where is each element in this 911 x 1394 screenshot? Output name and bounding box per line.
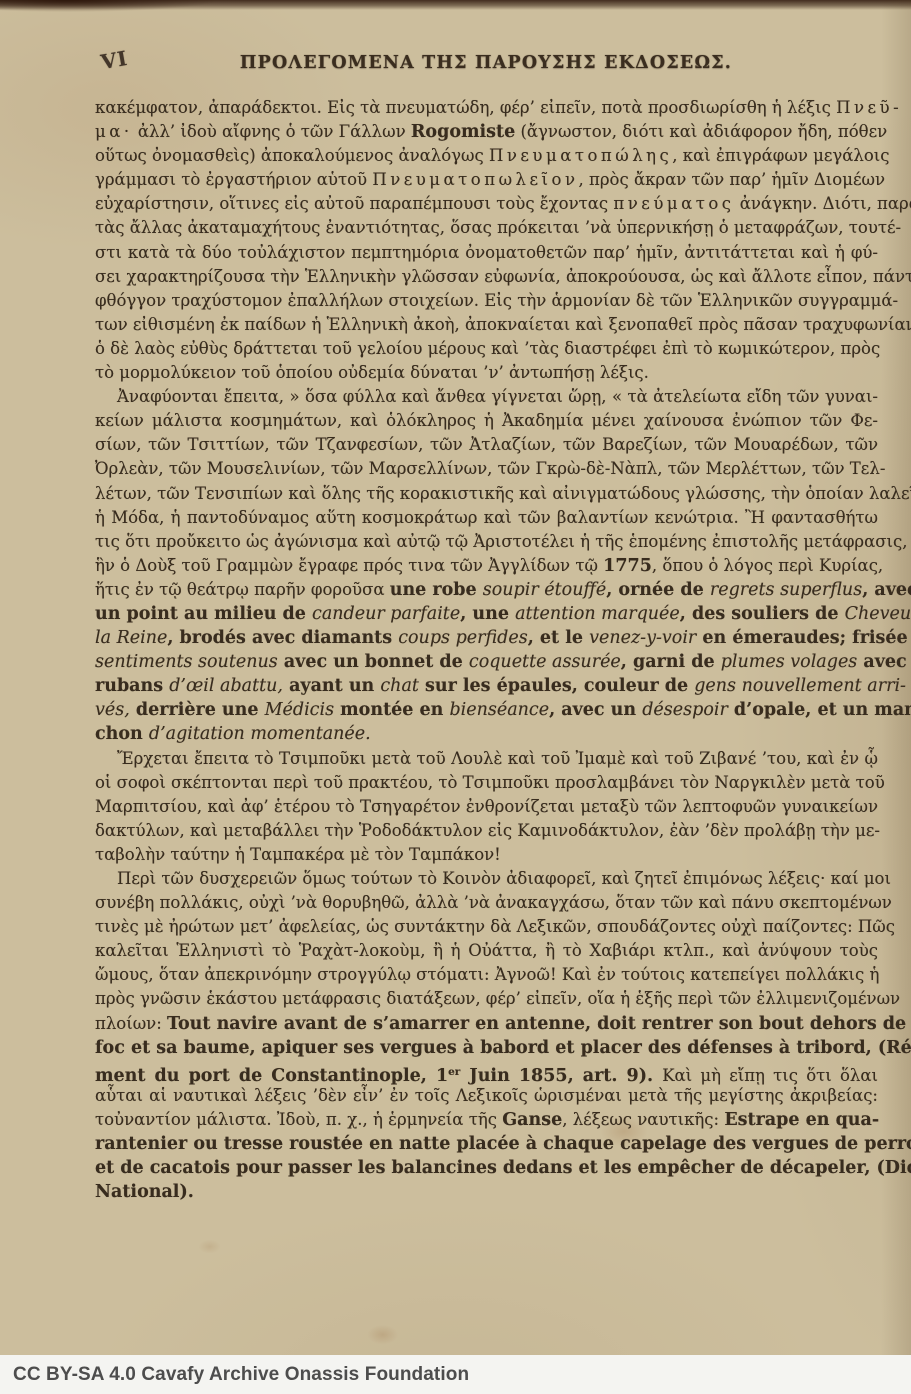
- text-line: τις ὅτι προὔκειτο ὡς ἀγώνισμα καὶ αὐτῷ τ…: [95, 530, 878, 554]
- running-title: ΠΡΟΛΕΓΟΜΕΝΑ ΤΗΣ ΠΑΡΟΥΣΗΣ ΕΚΔΟΣΕΩΣ.: [95, 53, 877, 73]
- text-line: ἡ Μόδα, ἡ παντοδύναμος αὕτη κοσμοκράτωρ …: [95, 506, 878, 530]
- text-line: οἱ σοφοὶ σκέπτονται περὶ τοῦ πρακτέου, τ…: [95, 771, 878, 795]
- text-line: εὐχαρίστησιν, οἵτινες εἰς αὐτοῦ παραπέμπ…: [95, 192, 878, 216]
- text-line: οὕτως ὀνομασθεὶς) ἀποκαλούμενος ἀναλόγως…: [95, 144, 878, 168]
- page-scan: VI ΠΡΟΛΕΓΟΜΕΝΑ ΤΗΣ ΠΑΡΟΥΣΗΣ ΕΚΔΟΣΕΩΣ. κα…: [0, 0, 911, 1355]
- text-line: πρὸς γνῶσιν ἑκάστου μετάφρασις διατάξεων…: [95, 987, 878, 1011]
- text-line: ταβολὴν ταύτην ἡ Ταμπακέρα μὲ τὸν Ταμπάκ…: [95, 843, 878, 867]
- text-line: Ἔρχεται ἔπειτα τὸ Τσιμποῦκι μετὰ τοῦ Λου…: [95, 747, 878, 771]
- text-line: φθόγγον τραχύστομον ἐπαλλήλων στοιχείων.…: [95, 289, 878, 313]
- scanned-book-page-view: VI ΠΡΟΛΕΓΟΜΕΝΑ ΤΗΣ ΠΑΡΟΥΣΗΣ ΕΚΔΟΣΕΩΣ. κα…: [0, 0, 911, 1394]
- license-text: CC BY-SA 4.0 Cavafy Archive Onassis Foun…: [0, 1364, 469, 1386]
- text-line: σίων, τῶν Τσιττίων, τῶν Τζανφεσίων, τῶν …: [95, 433, 878, 457]
- text-line: τινὲς μὲ ἠρώτων μετ’ ἀφελείας, ὡς συντάκ…: [95, 915, 878, 939]
- text-line: Ὀρλεὰν, τῶν Μουσελινίων, τῶν Μαρσελλίνων…: [95, 457, 878, 481]
- text-line: μα· ἀλλ’ ἰδοὺ αἴφνης ὁ τῶν Γάλλων Rogomi…: [95, 120, 878, 144]
- text-line: στι κατὰ τὰ δύο τοὐλάχιστον πεμπτημόρια …: [95, 241, 878, 265]
- text-line: κείων μάλιστα κοσμημάτων, καὶ ὁλόκληρος …: [95, 409, 878, 433]
- text-line: ὤμους, ὅταν ἀπεκρινόμην στρογγύλῳ στόματ…: [95, 963, 878, 987]
- text-line: τὸ μορμολύκειον τοῦ ὁποίου οὐδεμία δύνατ…: [95, 361, 878, 385]
- text-line: Ἀναφύονται ἔπειτα, » ὅσα φύλλα καὶ ἄνθεα…: [95, 385, 878, 409]
- text-line: et de cacatois pour passer les balancine…: [95, 1156, 878, 1180]
- text-line: sentiments soutenus avec un bonnet de co…: [95, 650, 878, 674]
- text-line: National).: [95, 1180, 878, 1204]
- text-line: la Reine, brodés avec diamants coups per…: [95, 626, 878, 650]
- license-bar: CC BY-SA 4.0 Cavafy Archive Onassis Foun…: [0, 1355, 911, 1394]
- text-line: ἣν ὁ Δοὺξ τοῦ Γραμμὼν ἔγραφε πρός τινα τ…: [95, 554, 878, 578]
- text-line: rubans d’œil abattu, ayant un chat sur l…: [95, 674, 878, 698]
- text-line: τοὐναντίον μάλιστα. Ἰδοὺ, π. χ., ἡ ἑρμην…: [95, 1108, 878, 1132]
- text-line: Περὶ τῶν δυσχερειῶν ὅμως τούτων τὸ Κοινὸ…: [95, 867, 878, 891]
- text-line: πλοίων: Tout navire avant de s’amarrer e…: [95, 1012, 878, 1036]
- text-line: chon d’agitation momentanée.: [95, 722, 878, 746]
- text-line: σει χαρακτηρίζουσα τὴν Ἑλληνικὴν γλῶσσαν…: [95, 265, 878, 289]
- text-line: ὁ δὲ λαὸς εὐθὺς δράττεται τοῦ γελοίου μέ…: [95, 337, 878, 361]
- text-line: γράμμασι τὸ ἐργαστήριον αὑτοῦ Πνευματοπω…: [95, 168, 878, 192]
- text-line: λέτων, τῶν Τενσιπίων καὶ ὅλης τῆς κορακι…: [95, 482, 878, 506]
- text-line: un point au milieu de candeur parfaite, …: [95, 602, 878, 626]
- text-line: ment du port de Constantinople, 1er Juin…: [95, 1060, 878, 1084]
- scan-top-left-edge: [0, 0, 270, 16]
- text-line: foc et sa baume, apiquer ses vergues à b…: [95, 1036, 878, 1060]
- text-line: κακέμφατον, ἀπαράδεκτοι. Εἰς τὰ πνευματώ…: [95, 96, 878, 120]
- text-line: δακτύλων, καὶ μεταβάλλει τὴν Ῥοδοδάκτυλο…: [95, 819, 878, 843]
- text-line: καλεῖται Ἑλληνιστὶ τὸ Ῥαχὰτ-λοκοὺμ, ἢ ἡ …: [95, 939, 878, 963]
- text-line: συνέβη πολλάκις, οὐχὶ ’νὰ θορυβηθῶ, ἀλλὰ…: [95, 891, 878, 915]
- text-line: τὰς ἄλλας ἀκαταμαχήτους ἐναντιότητας, ὅσ…: [95, 216, 878, 240]
- text-line: rantenier ou tresse roustée en natte pla…: [95, 1132, 878, 1156]
- text-line: ἥτις ἐν τῷ θεάτρῳ παρῆν φοροῦσα une robe…: [95, 578, 878, 602]
- page-text: κακέμφατον, ἀπαράδεκτοι. Εἰς τὰ πνευματώ…: [95, 96, 878, 1204]
- text-line: αὗται αἱ ναυτικαὶ λέξεις ’δὲν εἶν’ ἐν το…: [95, 1084, 878, 1108]
- text-line: Μαρπιτσίου, καὶ ἀφ’ ἑτέρου τὸ Τσηγαρέτον…: [95, 795, 878, 819]
- text-line: vés, derrière une Médicis montée en bien…: [95, 698, 878, 722]
- text-line: των εἰθισμένη ἐκ παίδων ἡ Ἑλληνικὴ ἀκοὴ,…: [95, 313, 878, 337]
